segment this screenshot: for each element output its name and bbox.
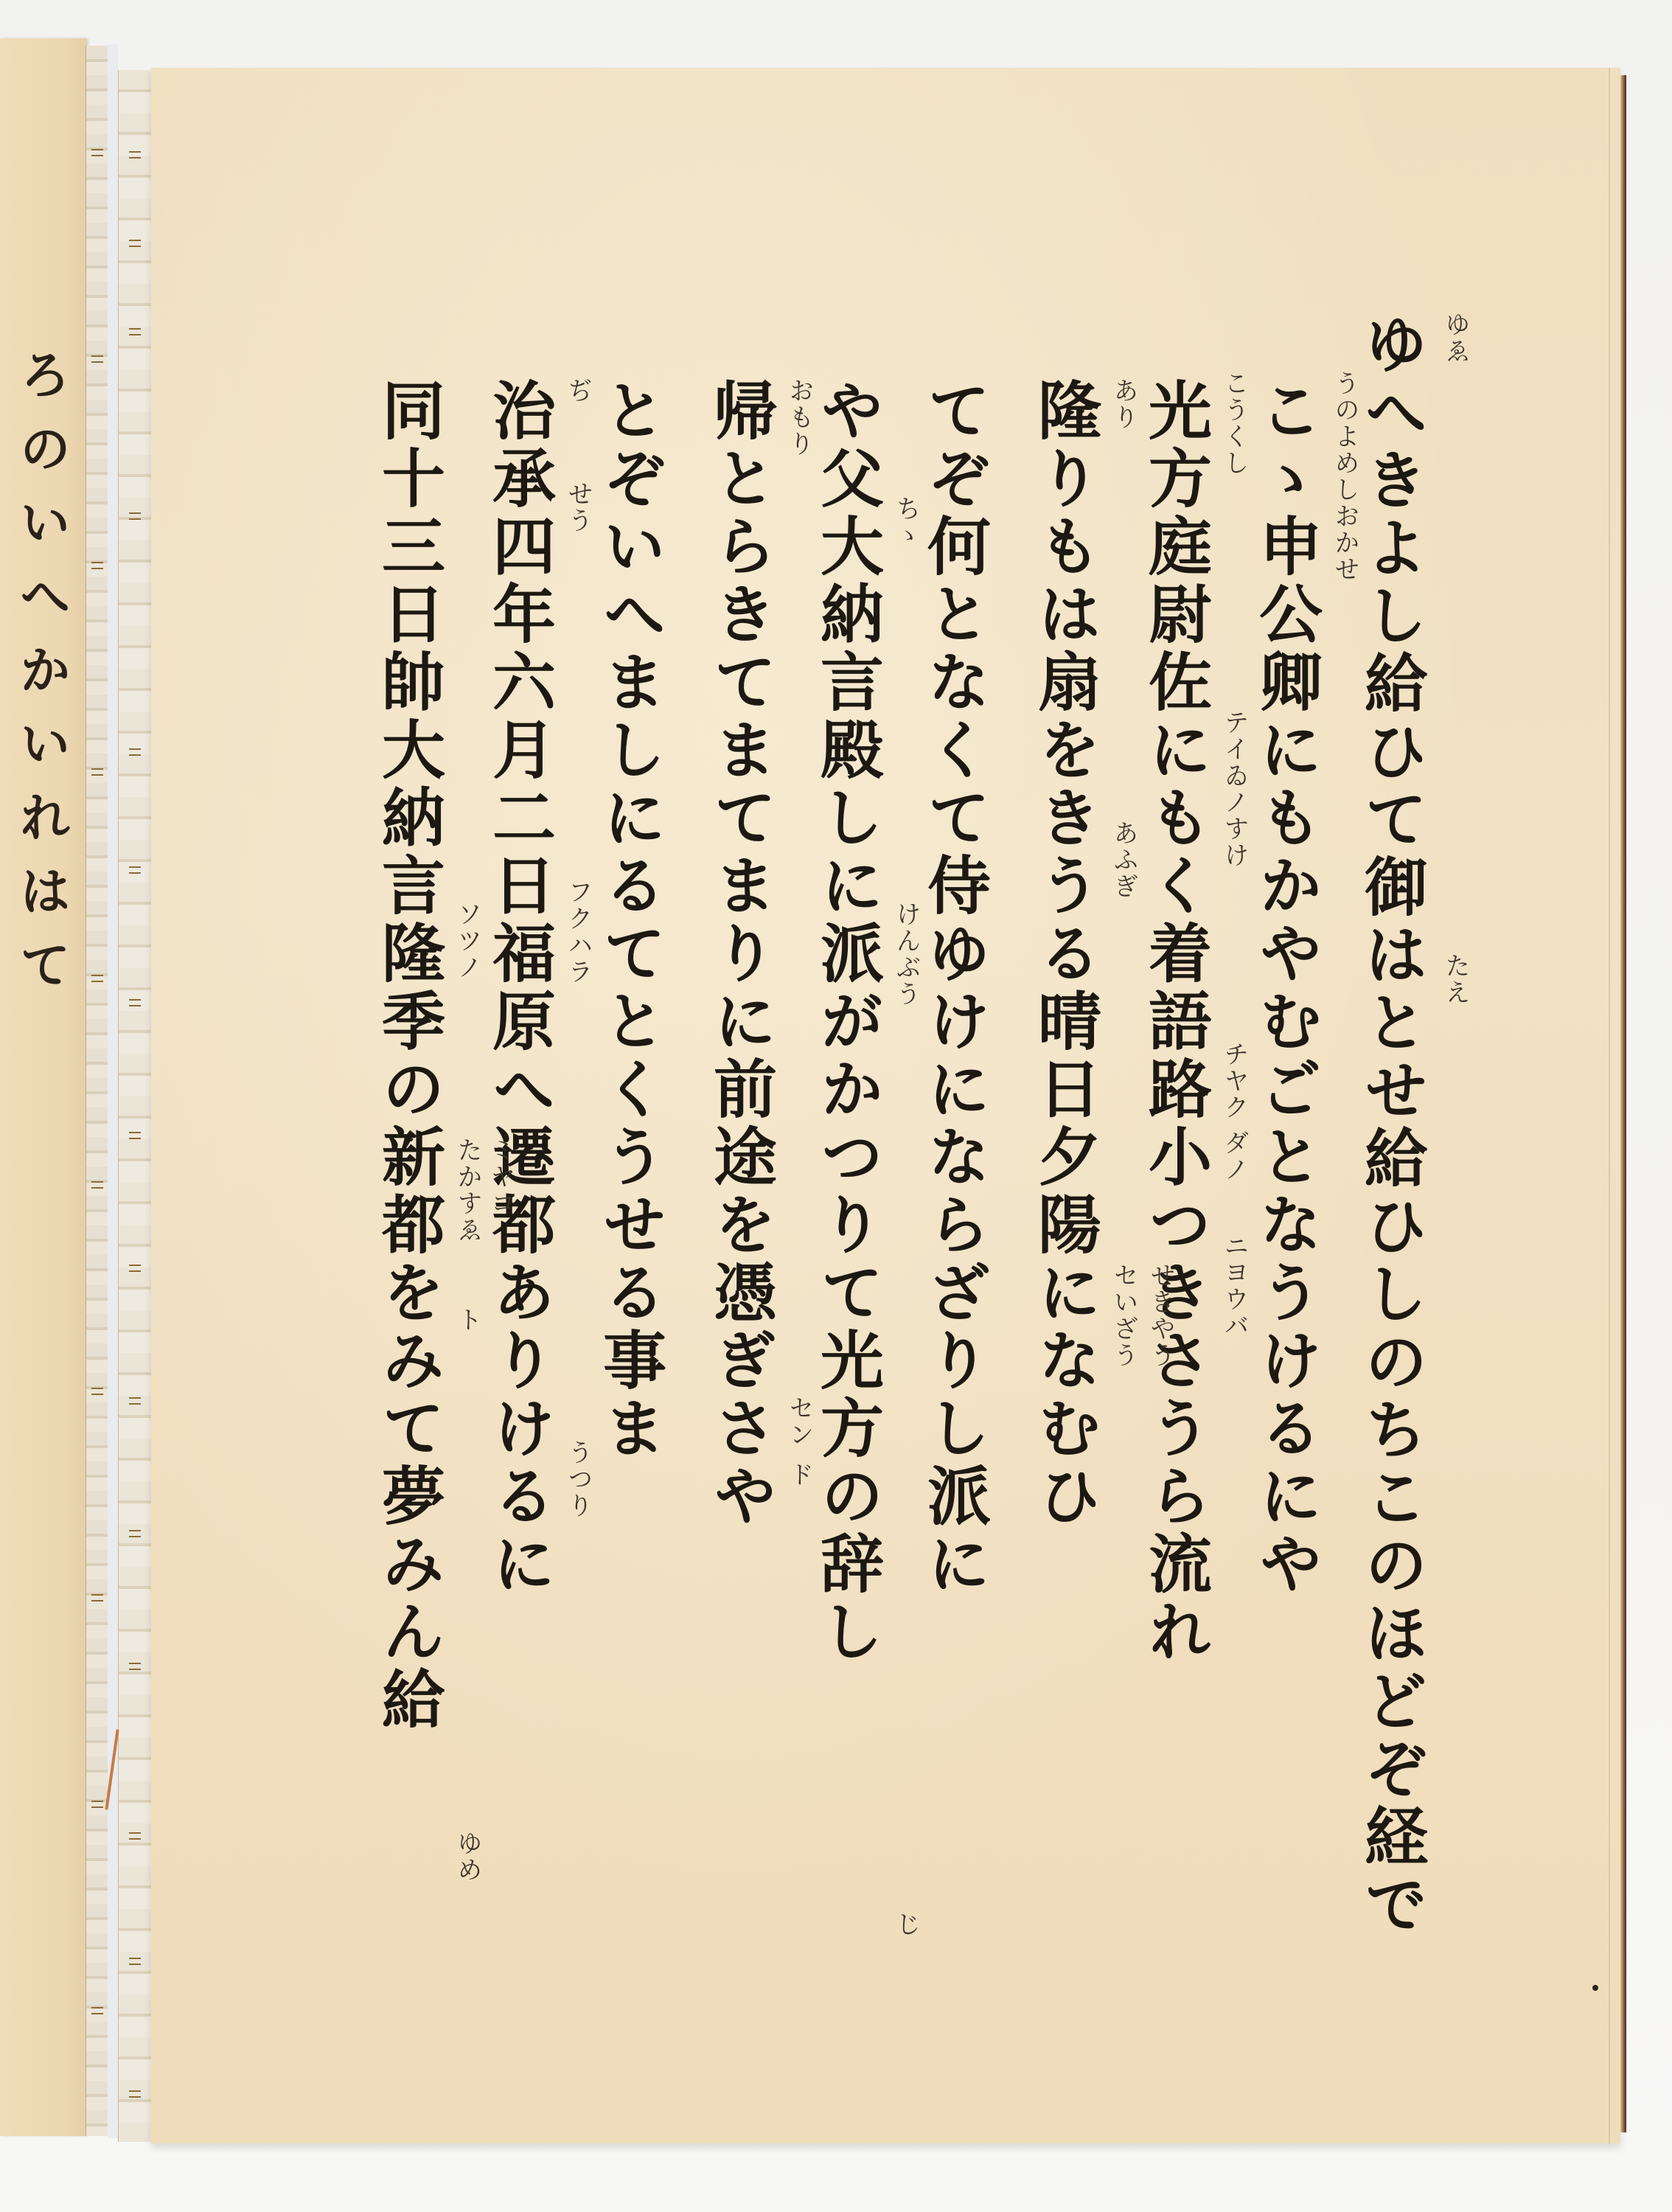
furigana-3a: こうくし [1216, 370, 1253, 476]
furigana-9a: ぢ [560, 378, 596, 404]
binding-stitch [129, 748, 141, 756]
right-page: ゆへきよし給ひて御はとせ給ひしのちこのほどぞ経で ゆゑ たえ こゝ申公卿にもかや… [151, 68, 1620, 2143]
binding-stitch [129, 151, 141, 159]
furigana-9b: せう [560, 481, 596, 534]
text-column-8: とぞいへましにるてとくうせる事ま [597, 378, 661, 1463]
furigana-10a: ソツノ [450, 901, 486, 981]
furigana-6a: ちゝ [888, 495, 924, 549]
binding-stitch [129, 512, 141, 520]
binding-stitch [129, 999, 141, 1006]
furigana-7b: セン [781, 1395, 818, 1448]
binding-stitch [129, 240, 141, 247]
binding-stitch [129, 328, 141, 335]
binding-stitch [129, 866, 141, 874]
ink-spot [1592, 1985, 1598, 1991]
furigana-9d: うつり [560, 1439, 596, 1519]
text-column-3: 光方庭尉佐にもく着語路小つきさうら流れ [1143, 378, 1206, 1666]
furigana-4a: あり [1106, 378, 1142, 431]
furigana-1a: ゆゑ [1438, 311, 1474, 364]
text-column-2: こゝ申公卿にもかやむごとなうけるにや [1253, 378, 1317, 1599]
binding-stitch [129, 1397, 141, 1405]
binding-stitch [91, 1801, 103, 1808]
furigana-9c: フクハラ [560, 879, 596, 985]
binding-stitch [129, 2090, 141, 2098]
furigana-1b: たえ [1438, 953, 1474, 1006]
left-page-text-fragment: ろのいへかいれはて [4, 348, 79, 1012]
page-gap [108, 44, 118, 2138]
page-fold-line [1609, 68, 1610, 2143]
binding-stitch [129, 1132, 141, 1139]
binding-stitch [91, 975, 103, 982]
binding-stitch [129, 1958, 141, 1965]
furigana-7a: おもり [781, 378, 818, 457]
binding-stitch [91, 1181, 103, 1189]
furigana-2a: うのよめしおかせ [1327, 370, 1363, 582]
binding-stitch [91, 1388, 103, 1395]
binding-stitch [91, 562, 103, 569]
furigana-6b: けんぶう [888, 901, 924, 1007]
furigana-10d: ト [450, 1307, 486, 1333]
furigana-6c: じ [888, 1911, 924, 1938]
binding-stitch [129, 1663, 141, 1670]
binding-stitch [91, 149, 103, 156]
furigana-10b: たかすゑ [450, 1137, 486, 1243]
furigana-4d: せきやう [1143, 1262, 1179, 1368]
furigana-3d: ダノ [1216, 1130, 1253, 1183]
text-column-10: 同十三日帥大納言隆季の新都をみて夢みん給 [376, 378, 439, 1734]
furigana-3b: テイゐノすけ [1216, 709, 1253, 869]
page-edge [1620, 75, 1626, 2132]
text-column-6: や父大納言殿しに派がかつりて光方の辞し [815, 378, 878, 1666]
binding-stitch [91, 1594, 103, 1601]
text-column-5: てぞ何となくて侍ゆけにならざりし派に [922, 378, 985, 1599]
furigana-3c: チヤク [1216, 1041, 1253, 1121]
text-column-4: 隆りもは扇をきうる晴日夕陽になむひ [1032, 378, 1095, 1531]
binding-stitch [129, 1265, 141, 1272]
binding-stitch [129, 1530, 141, 1537]
binding-stitch [91, 2007, 103, 2014]
furigana-4b: あふぎ [1106, 820, 1142, 900]
binding-stitch [129, 1832, 141, 1840]
text-column-7: 帰とらきてまてまりに前途を憑ぎさや [708, 378, 771, 1531]
text-column-1: ゆへきよし給ひて御はとせ給ひしのちこのほどぞ経で [1359, 311, 1422, 1939]
right-page-binding [118, 70, 153, 2142]
binding-stitch [91, 768, 103, 776]
left-page: ろのいへかいれはて [0, 38, 87, 2136]
furigana-3e: ニヨウバ [1216, 1233, 1253, 1339]
furigana-10c: ミヤコ [483, 1137, 519, 1217]
binding-stitch [91, 355, 103, 363]
left-page-binding [86, 46, 109, 2136]
furigana-10e: ゆめ [450, 1830, 486, 1883]
furigana-7c: ド [781, 1461, 818, 1488]
text-column-9: 治承四年六月二日福原へ遷都ありけるに [487, 378, 550, 1599]
furigana-4c: セいざう [1106, 1262, 1142, 1368]
